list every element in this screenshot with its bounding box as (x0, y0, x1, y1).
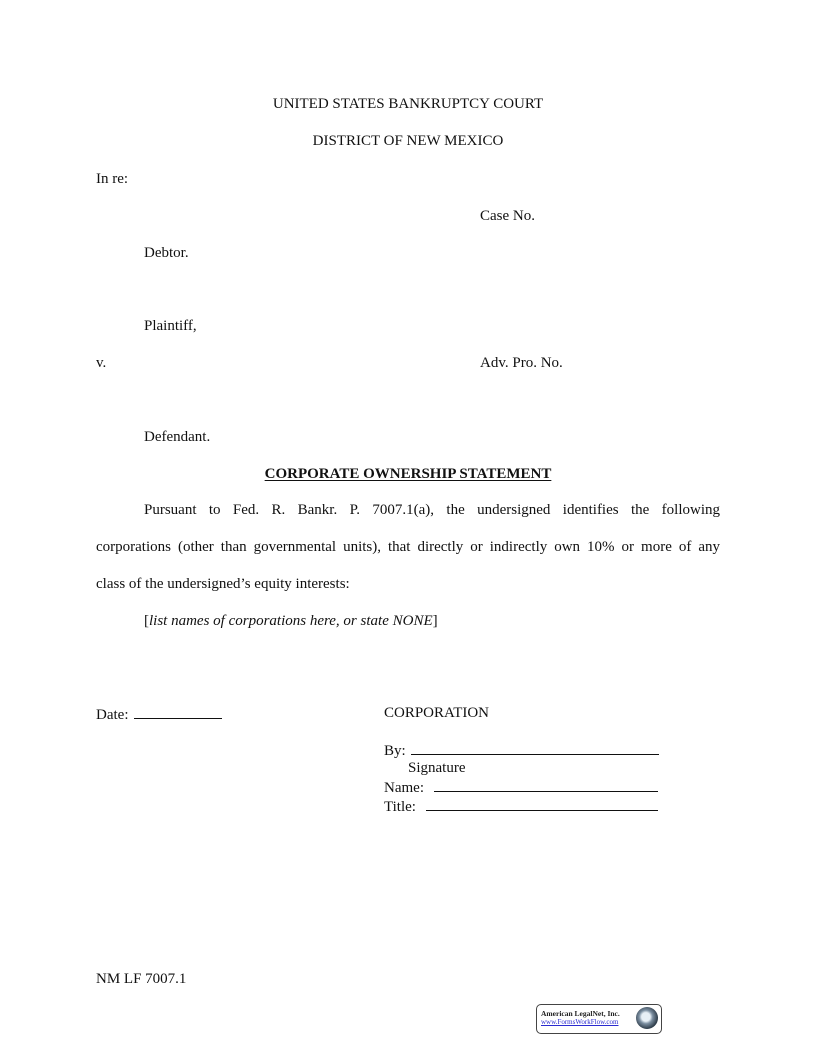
body-paragraph-line-2: corporations (other than governmental un… (96, 538, 720, 556)
name-field[interactable]: Name: (384, 777, 658, 797)
date-field[interactable]: Date: (96, 704, 222, 724)
name-blank-line[interactable] (434, 777, 658, 792)
body-paragraph-line-3: class of the undersigned’s equity intere… (96, 575, 720, 593)
in-re-label: In re: (96, 170, 128, 188)
plaintiff-label: Plaintiff, (144, 317, 197, 335)
signature-blank-line[interactable] (411, 740, 659, 755)
logo-url-link[interactable]: www.FormsWorkFlow.com (541, 1018, 618, 1027)
globe-icon (636, 1007, 658, 1029)
by-label: By: (384, 743, 406, 759)
title-blank-line[interactable] (426, 796, 658, 811)
logo-company-name: American LegalNet, Inc. (541, 1009, 620, 1018)
title-label: Title: (384, 799, 416, 815)
debtor-label: Debtor. (144, 244, 189, 262)
form-id: NM LF 7007.1 (96, 970, 186, 988)
title-field[interactable]: Title: (384, 796, 658, 816)
document-title: CORPORATE OWNERSHIP STATEMENT (0, 465, 816, 483)
corporations-placeholder[interactable]: [list names of corporations here, or sta… (144, 612, 438, 630)
adv-pro-no-label: Adv. Pro. No. (480, 354, 563, 372)
date-blank-line[interactable] (134, 704, 222, 719)
placeholder-text: list names of corporations here, or stat… (149, 613, 433, 629)
by-field[interactable]: By: (384, 740, 659, 760)
defendant-label: Defendant. (144, 428, 210, 446)
placeholder-close-bracket: ] (433, 613, 438, 629)
versus-label: v. (96, 354, 106, 372)
signature-caption: Signature (408, 759, 466, 777)
case-no-label: Case No. (480, 207, 535, 225)
court-name: UNITED STATES BANKRUPTCY COURT (0, 95, 816, 113)
body-paragraph-line-1: Pursuant to Fed. R. Bankr. P. 7007.1(a),… (144, 501, 720, 519)
date-label: Date: (96, 707, 128, 723)
court-district: DISTRICT OF NEW MEXICO (0, 132, 816, 150)
name-label: Name: (384, 780, 424, 796)
corporation-label: CORPORATION (384, 704, 489, 722)
american-legalnet-logo[interactable]: American LegalNet, Inc. www.FormsWorkFlo… (536, 1004, 662, 1034)
